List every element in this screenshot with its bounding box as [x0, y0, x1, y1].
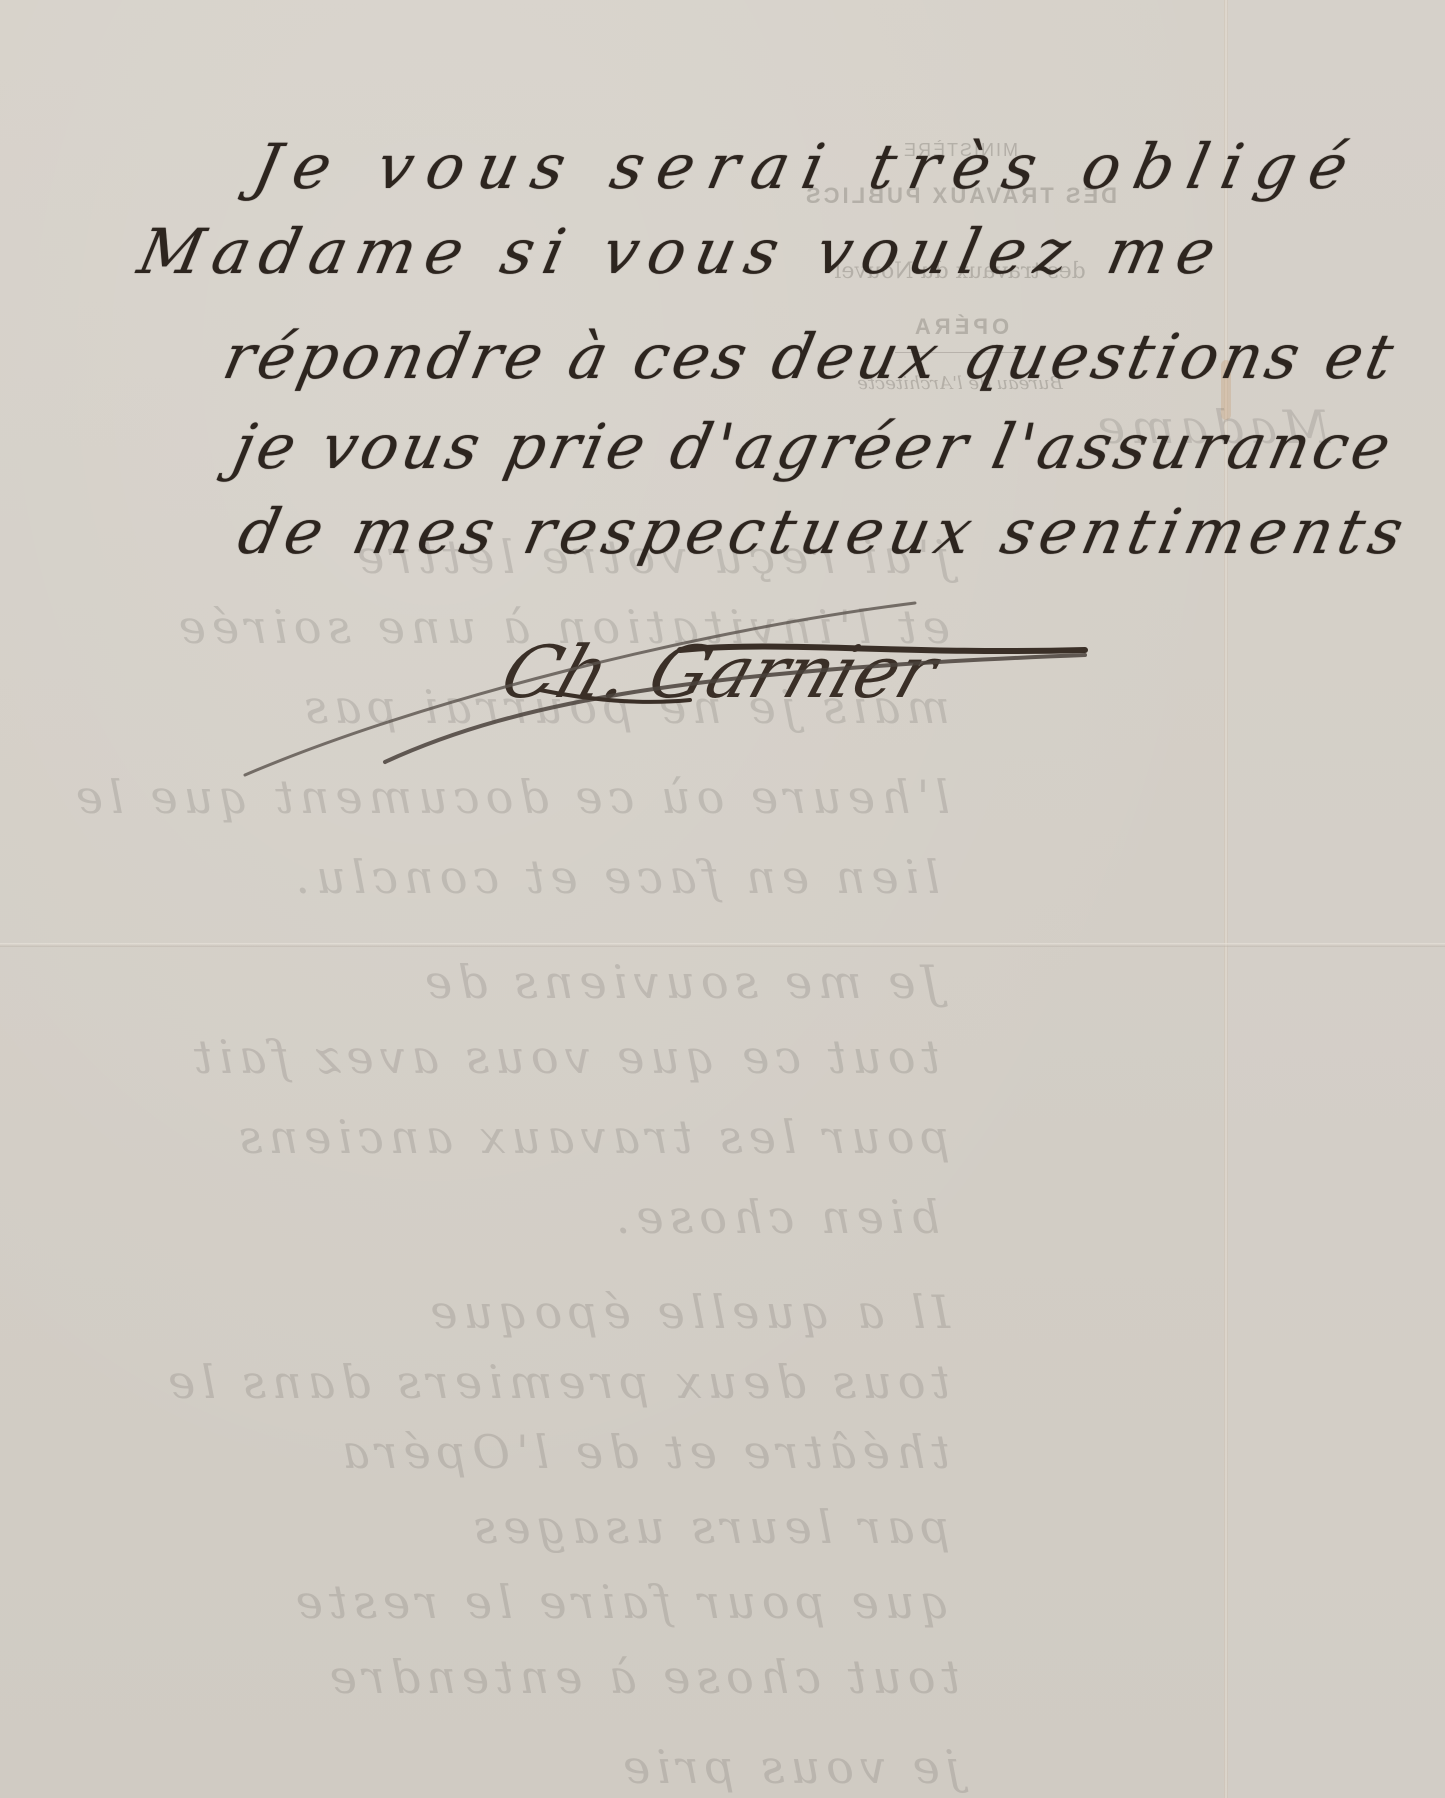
signature: Ch. Garnier	[491, 630, 947, 714]
letter-sheet: MINISTÈRE DES TRAVAUX PUBLICS des travau…	[0, 0, 1445, 1798]
letter-line-4: je vous prie d'agréer l'assurance	[227, 410, 1401, 483]
letter-line-1: Je vous serai très obligé	[247, 130, 1368, 203]
letter-line-2: Madame si vous voulez me	[132, 215, 1232, 288]
letter-line-5: de mes respectueux sentiments	[232, 495, 1415, 568]
letter-body: Je vous serai très obligé Madame si vous…	[0, 0, 1445, 1798]
letter-line-3: répondre à ces deux questions et	[217, 320, 1403, 393]
